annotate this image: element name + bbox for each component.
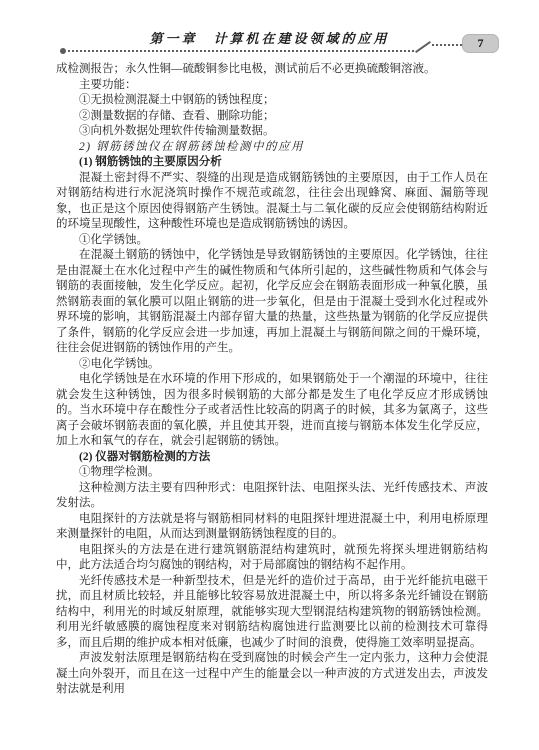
paragraph: 电化学锈蚀是在水环境的作用下形成的，如果钢筋处于一个潮湿的环境中，往往就会发生这… [56, 372, 488, 450]
paragraph: 2) 钢筋锈蚀仪在钢筋锈蚀检测中的应用 [56, 140, 488, 156]
page-number: 7 [478, 36, 484, 50]
paragraph: 主要功能： [56, 78, 488, 94]
paragraph: 光纤传感技术是一种新型技术，但是光纤的造价过于高昂，由于光纤能抗电磁干扰，而且材… [56, 574, 488, 652]
paragraph: 混凝土密封得不严实、裂缝的出现是造成钢筋锈蚀的主要原因，由于工作人员在对钢筋结构… [56, 171, 488, 233]
paragraph: ①化学锈蚀。 [56, 233, 488, 249]
paragraph: ②电化学锈蚀。 [56, 357, 488, 373]
bullet-dot-icon [60, 48, 66, 54]
header-dotted-rule-right [432, 44, 462, 46]
page-body: 成检测报告；永久性铜—硫酸铜参比电极，测试前后不必更换硫酸铜溶液。主要功能：①无… [56, 62, 488, 698]
paragraph: 在混凝土钢筋的锈蚀中，化学锈蚀是导致钢筋锈蚀的主要原因。化学锈蚀，往往是由混凝土… [56, 248, 488, 357]
paragraph: 电阻探头的方法是在进行建筑钢筋混结构建筑时，就预先将探头埋进钢筋结构中，此方法适… [56, 543, 488, 574]
paragraph: (1) 钢筋锈蚀的主要原因分析 [56, 155, 488, 171]
paragraph: 成检测报告；永久性铜—硫酸铜参比电极，测试前后不必更换硫酸铜溶液。 [56, 62, 488, 78]
header-dotted-rule-left [68, 50, 414, 52]
paragraph: ③向机外数据处理软件传输测量数据。 [56, 124, 488, 140]
paragraph: (2) 仪器对钢筋检测的方法 [56, 450, 488, 466]
paragraph: ①无损检测混凝土中钢筋的锈蚀程度； [56, 93, 488, 109]
paragraph: 这种检测方法主要有四种形式：电阻探针法、电阻探头法、光纤传感技术、声波发射法。 [56, 481, 488, 512]
paragraph: ①物理学检测。 [56, 465, 488, 481]
paragraph: 声波发射法原理是钢筋结构在受到腐蚀的时候会产生一定内张力，这种力会使混凝土向外裂… [56, 651, 488, 698]
page-number-badge: 7 [462, 34, 499, 53]
book-page: 第一章 计算机在建设领域的应用 7 成检测报告；永久性铜—硫酸铜参比电极，测试前… [0, 0, 539, 750]
paragraph: 电阻探针的方法就是将与钢筋相同材料的电阻探针埋进混凝土中，利用电桥原理来测量探针… [56, 512, 488, 543]
paragraph: ②测量数据的存储、查看、删除功能； [56, 109, 488, 125]
